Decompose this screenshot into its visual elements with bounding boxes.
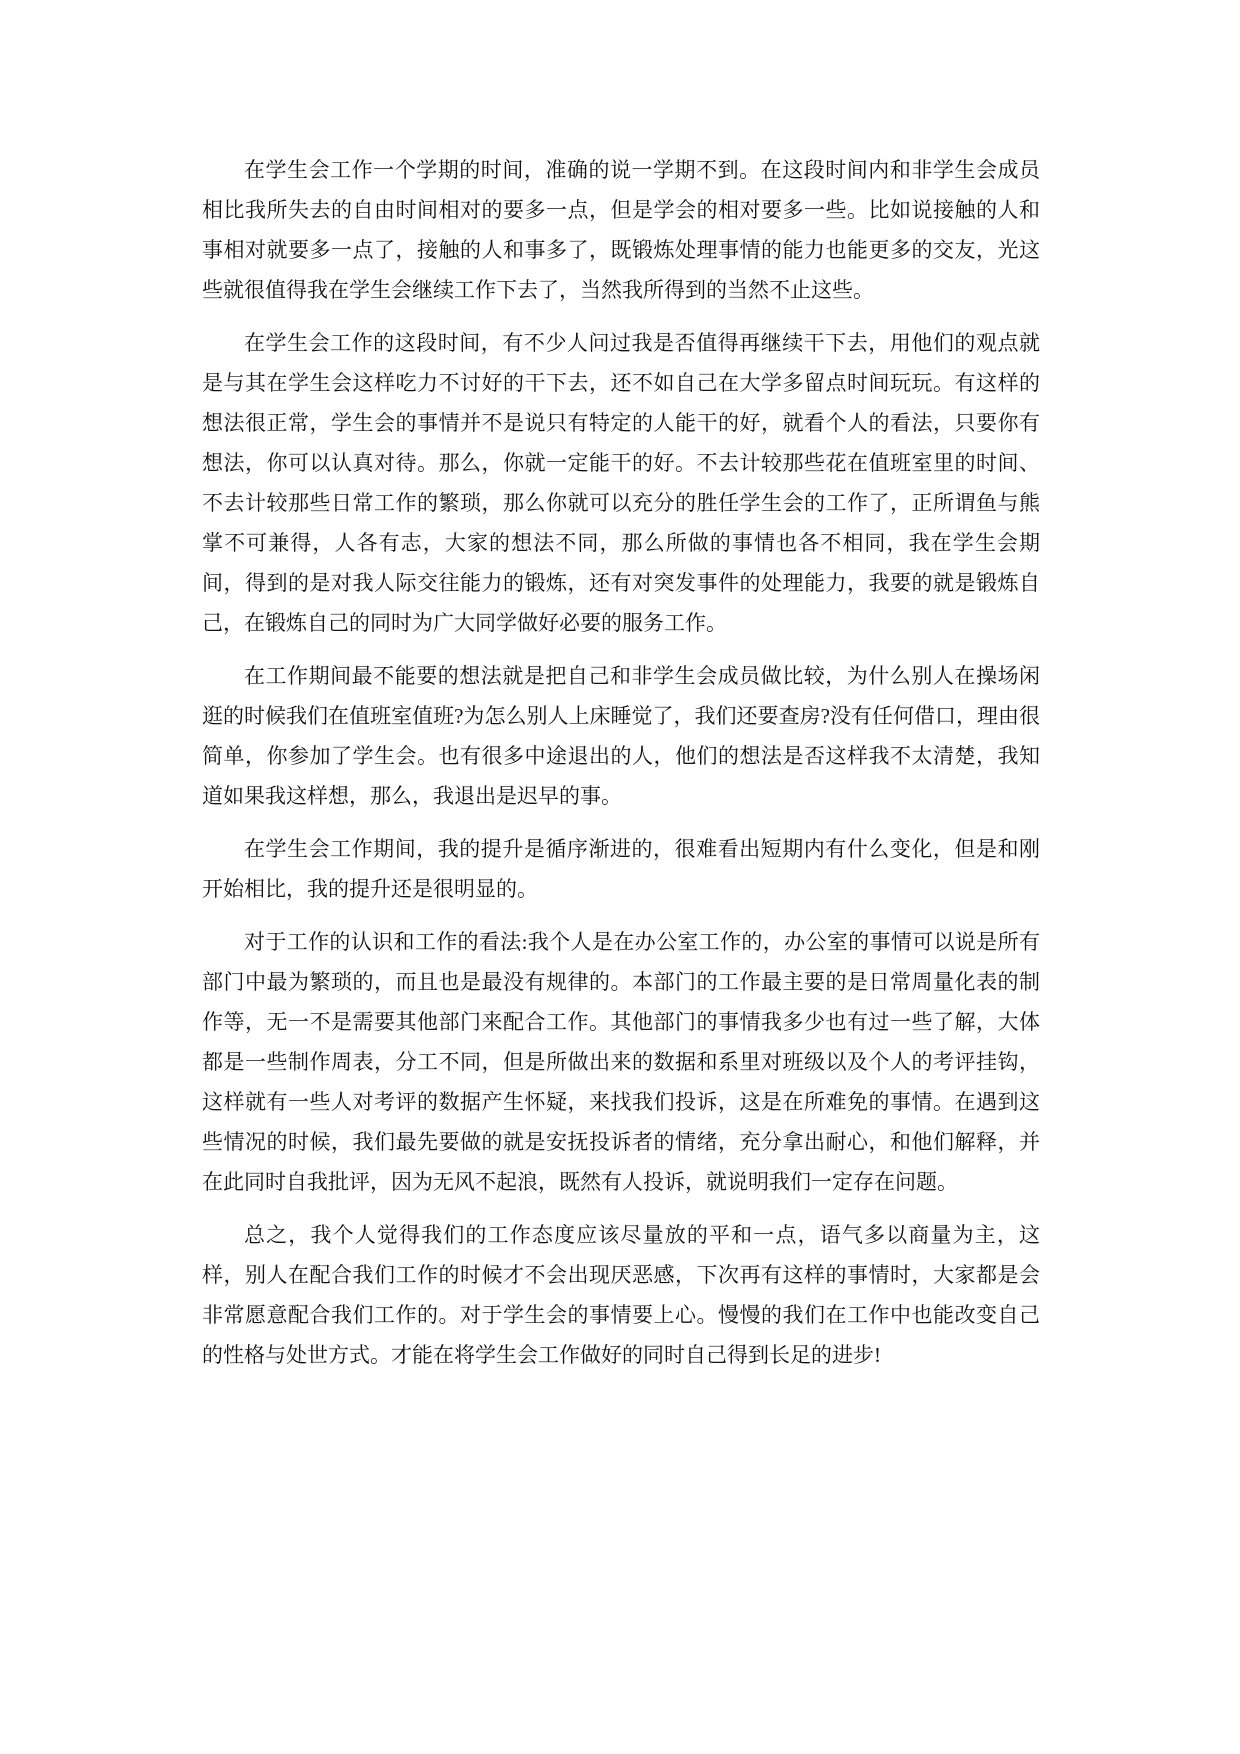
paragraph-2: 在学生会工作的这段时间，有不少人问过我是否值得再继续干下去，用他们的观点就是与其… bbox=[202, 323, 1040, 643]
document-page: 在学生会工作一个学期的时间，准确的说一学期不到。在这段时间内和非学生会成员相比我… bbox=[0, 0, 1240, 1754]
paragraph-3: 在工作期间最不能要的想法就是把自己和非学生会成员做比较，为什么别人在操场闲逛的时… bbox=[202, 656, 1040, 816]
paragraph-6: 总之，我个人觉得我们的工作态度应该尽量放的平和一点，语气多以商量为主，这样，别人… bbox=[202, 1215, 1040, 1375]
paragraph-1: 在学生会工作一个学期的时间，准确的说一学期不到。在这段时间内和非学生会成员相比我… bbox=[202, 150, 1040, 310]
paragraph-5: 对于工作的认识和工作的看法:我个人是在办公室工作的，办公室的事情可以说是所有部门… bbox=[202, 922, 1040, 1202]
paragraph-4: 在学生会工作期间，我的提升是循序渐进的，很难看出短期内有什么变化，但是和刚开始相… bbox=[202, 829, 1040, 909]
document-text-body: 在学生会工作一个学期的时间，准确的说一学期不到。在这段时间内和非学生会成员相比我… bbox=[202, 150, 1040, 1388]
